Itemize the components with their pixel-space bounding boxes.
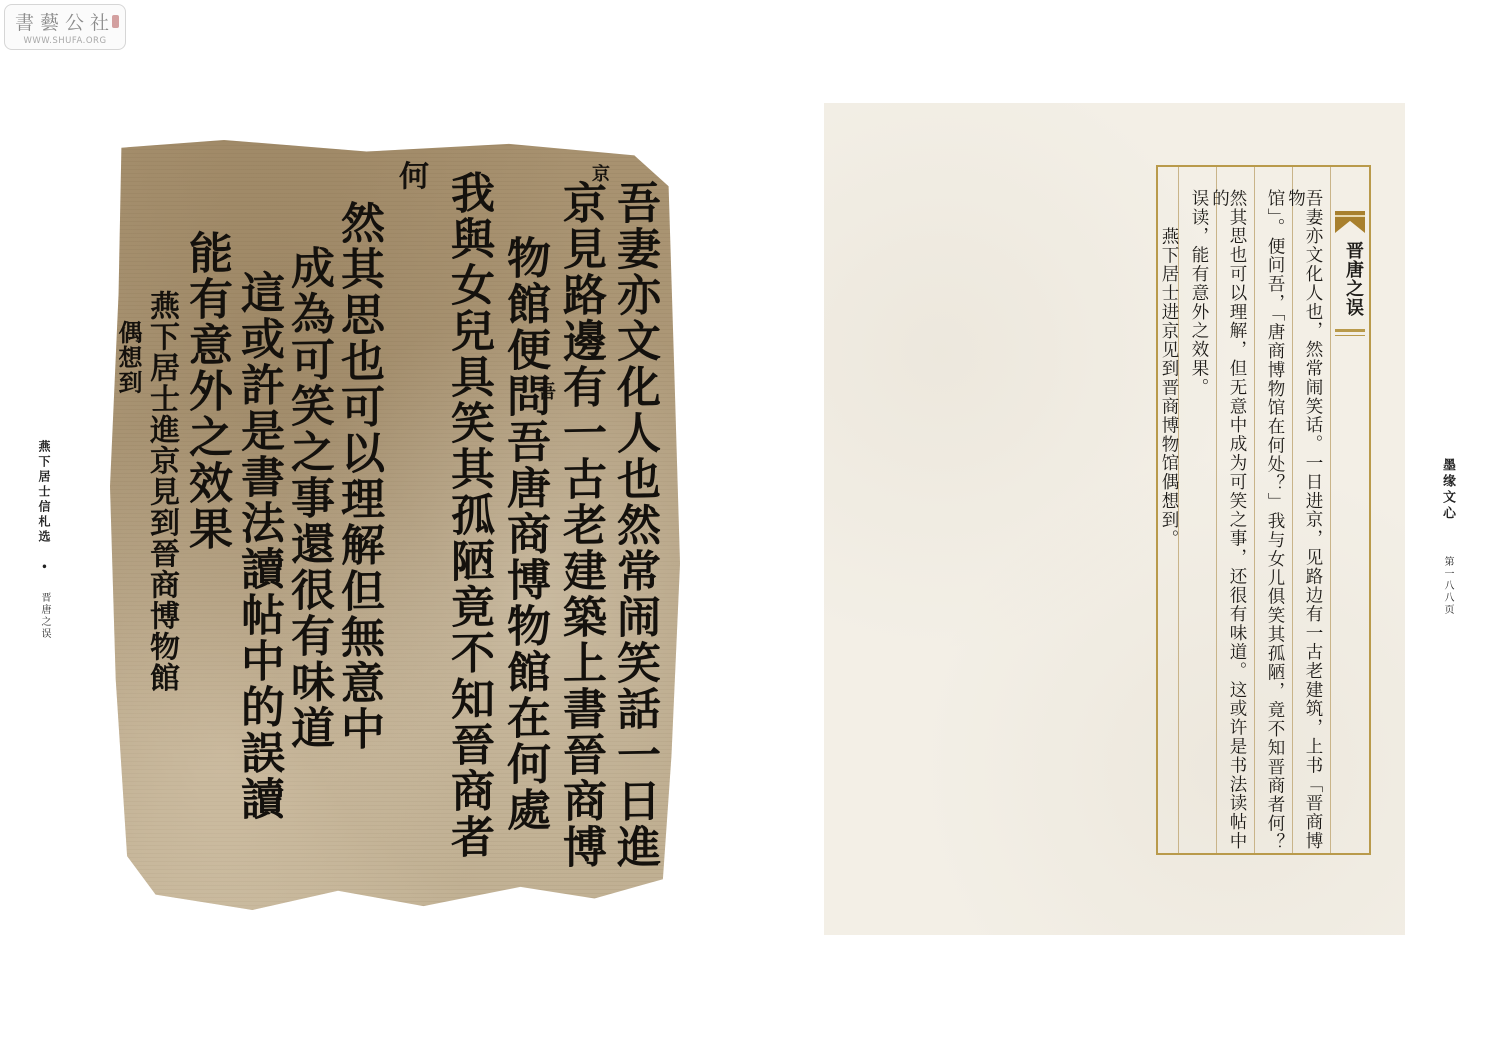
calligraphy-column: 京見路邊有一古老建築上書晉商博	[558, 180, 602, 871]
calligraphy-column: 然其思也可以理解但無意中	[336, 200, 380, 753]
transcription-column: 误读，能有意外之效果。	[1190, 189, 1208, 397]
calligraphy-signature-column: 燕下居士進京見到晉商博物館	[146, 290, 176, 694]
title-band: 晋唐之误	[1335, 211, 1365, 329]
calligraphy-column: 吾妻亦文化人也然常闹笑話一日進	[612, 180, 656, 871]
chevron-highlight	[1335, 215, 1365, 217]
transcription-page: 晋唐之误 吾妻亦文化人也，然常闹笑话。一日进京，见路边有一古老建筑，上书「晋商博…	[824, 103, 1405, 935]
right-margin-caption: 墨缘文心 第一八八页	[1438, 458, 1457, 616]
series-title: 燕下居士信札选	[37, 440, 51, 545]
calligraphy-column: 何	[395, 160, 425, 192]
transcription-column: 然其思也可以理解，但无意中成为可笑之事，还很有味道。这或许是书法读帖中的	[1210, 189, 1245, 853]
column-rule	[1254, 167, 1255, 853]
calligraphy-column: 這或許是書法讀帖中的誤讀	[236, 270, 280, 823]
watermark-url: WWW.SHUFA.ORG	[5, 36, 125, 46]
calligraphy-column: 我與女兒具笑其孤陋竟不知晉商者	[446, 170, 490, 861]
caption-separator: •	[39, 562, 50, 575]
red-seal-icon	[112, 15, 119, 28]
signature-line: 燕下居士进京见到晋商博物馆偶想到。	[1160, 227, 1178, 548]
calligraphy-column: 成為可笑之事還很有味道	[286, 245, 330, 752]
gold-text-frame: 晋唐之误 吾妻亦文化人也，然常闹笑话。一日进京，见路边有一古老建筑，上书「晋商博…	[1156, 165, 1371, 855]
transcription-column: 吾妻亦文化人也，然常闹笑话。一日进京，见路边有一古老建筑，上书「晋商博物	[1286, 189, 1321, 853]
interlinear-note: 京	[592, 160, 610, 186]
book-title: 墨缘文心	[1440, 458, 1455, 522]
page-number: 第一八八页	[1442, 556, 1453, 616]
calligraphy-letter-image: 吾妻亦文化人也然常闹笑話一日進 京見路邊有一古老建築上書晉商博 物館便問吾唐商博…	[110, 140, 680, 910]
transcription-column: 馆」。便问吾，「唐商博物馆在何处？」我与女儿俱笑其孤陋，竟不知晋商者何？	[1266, 189, 1284, 852]
left-margin-caption: 燕下居士信札选 • 晋唐之误	[36, 440, 53, 640]
title-underline	[1335, 329, 1365, 332]
interlinear-note: 吾	[538, 378, 556, 404]
title-underline	[1335, 335, 1365, 336]
site-watermark-logo: 書藝公社 WWW.SHUFA.ORG	[4, 4, 126, 50]
calligraphy-column: 能有意外之效果	[184, 230, 228, 553]
calligraphy-signature-column: 偶想到	[116, 320, 140, 395]
calligraphy-column: 物館便問吾唐商博物館在何處	[502, 235, 546, 834]
article-title: 晋唐之误	[1340, 241, 1366, 317]
column-rule	[1330, 167, 1331, 853]
section-title: 晋唐之误	[39, 592, 50, 640]
watermark-logo-text: 書藝公社	[5, 8, 125, 35]
